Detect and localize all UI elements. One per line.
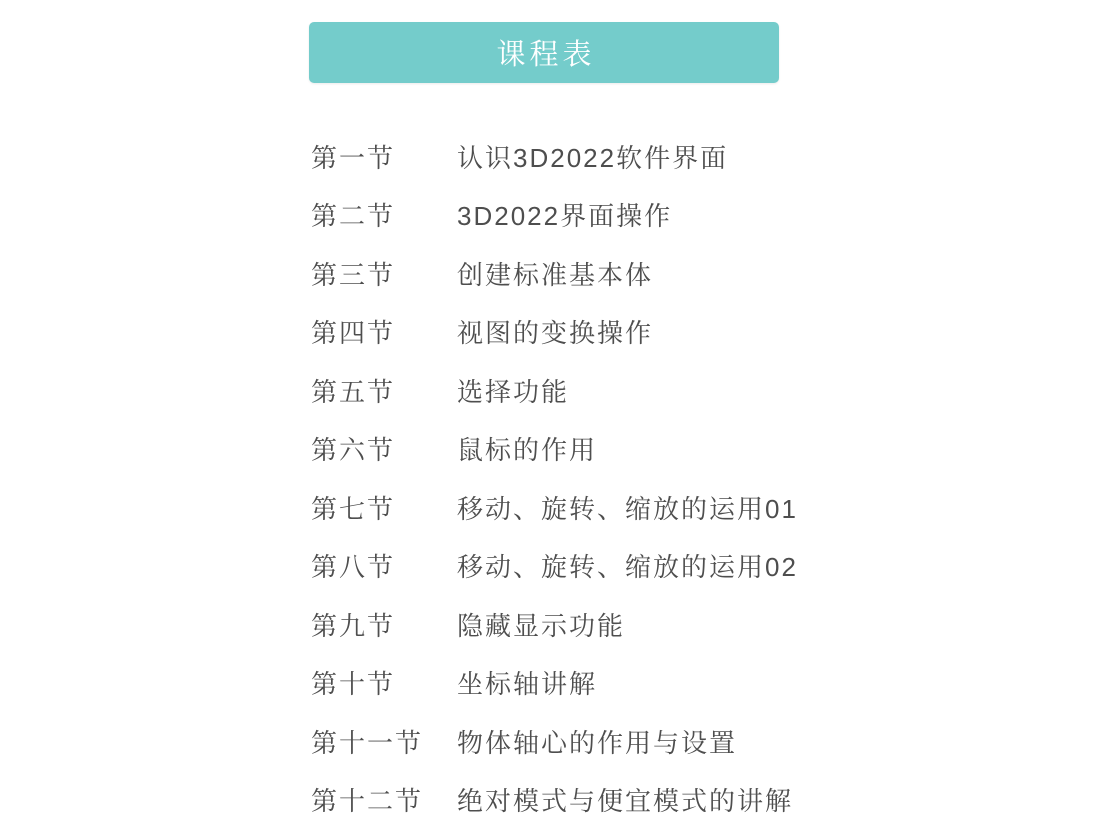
lesson-title: 3D2022界面操作 — [457, 196, 871, 233]
lesson-number: 第四节 — [311, 313, 457, 350]
lesson-number: 第十一节 — [311, 723, 457, 760]
course-row: 第三节 创建标准基本体 — [311, 244, 871, 303]
lesson-title: 隐藏显示功能 — [457, 606, 871, 643]
course-row: 第二节 3D2022界面操作 — [311, 186, 871, 245]
lesson-number: 第二节 — [311, 196, 457, 233]
course-row: 第十一节 物体轴心的作用与设置 — [311, 712, 871, 771]
lesson-title: 选择功能 — [457, 372, 871, 409]
course-row: 第八节 移动、旋转、缩放的运用02 — [311, 537, 871, 596]
lesson-number: 第五节 — [311, 372, 457, 409]
lesson-number: 第三节 — [311, 255, 457, 292]
lesson-title: 绝对模式与便宜模式的讲解 — [457, 781, 871, 818]
course-row: 第七节 移动、旋转、缩放的运用01 — [311, 478, 871, 537]
lesson-number: 第七节 — [311, 489, 457, 526]
lesson-title: 移动、旋转、缩放的运用02 — [457, 547, 871, 584]
course-schedule-page: 课程表 第一节 认识3D2022软件界面 第二节 3D2022界面操作 第三节 … — [0, 0, 1112, 834]
course-row: 第一节 认识3D2022软件界面 — [311, 127, 871, 186]
lesson-title: 创建标准基本体 — [457, 255, 871, 292]
lesson-number: 第八节 — [311, 547, 457, 584]
lesson-title: 视图的变换操作 — [457, 313, 871, 350]
course-row: 第六节 鼠标的作用 — [311, 420, 871, 479]
lesson-title: 物体轴心的作用与设置 — [457, 723, 871, 760]
lesson-number: 第十二节 — [311, 781, 457, 818]
course-row: 第五节 选择功能 — [311, 361, 871, 420]
schedule-header-banner: 课程表 — [309, 22, 779, 83]
course-list: 第一节 认识3D2022软件界面 第二节 3D2022界面操作 第三节 创建标准… — [311, 127, 871, 829]
page-title: 课程表 — [492, 32, 595, 73]
lesson-title: 移动、旋转、缩放的运用01 — [457, 489, 871, 526]
lesson-number: 第十节 — [311, 664, 457, 701]
course-row: 第九节 隐藏显示功能 — [311, 595, 871, 654]
lesson-number: 第六节 — [311, 430, 457, 467]
lesson-title: 认识3D2022软件界面 — [457, 138, 871, 175]
lesson-number: 第一节 — [311, 138, 457, 175]
course-row: 第十二节 绝对模式与便宜模式的讲解 — [311, 771, 871, 830]
lesson-title: 鼠标的作用 — [457, 430, 871, 467]
lesson-number: 第九节 — [311, 606, 457, 643]
course-row: 第十节 坐标轴讲解 — [311, 654, 871, 713]
lesson-title: 坐标轴讲解 — [457, 664, 871, 701]
course-row: 第四节 视图的变换操作 — [311, 303, 871, 362]
